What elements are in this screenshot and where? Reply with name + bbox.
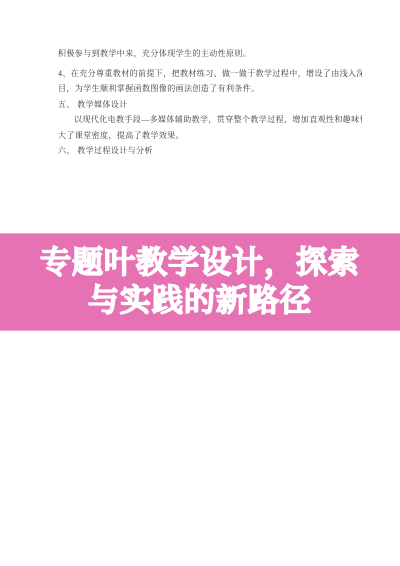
document-text-block: 积极参与到教学中来，充分体现学生的主动性原则。 4、在充分尊重教材的前提下，把教…	[58, 46, 362, 159]
title-banner: 专题叶教学设计，探索 与实践的新路径	[0, 233, 400, 331]
document-text-line: 以现代化电教手段—多媒体辅助教学，贯穿整个教学过程，增加直观性和趣味性，加	[58, 112, 362, 128]
page: 积极参与到教学中来，充分体现学生的主动性原则。 4、在充分尊重教材的前提下，把教…	[0, 0, 400, 566]
document-text-line: 五、 教学媒体设计	[58, 97, 362, 113]
document-text-line: 积极参与到教学中来，充分体现学生的主动性原则。	[58, 46, 362, 62]
document-text-line: 六、 教学过程设计与分析	[58, 143, 362, 159]
banner-title-line1: 专题叶教学设计，探索	[40, 244, 360, 282]
banner-title-line2: 与实践的新路径	[88, 282, 312, 320]
document-text-line: 4、在充分尊重教材的前提下，把教材练习、做一做于教学过程中，增设了由浅入深训练层	[58, 66, 362, 82]
document-text-line: 大了课堂密度，提高了教学效果。	[58, 128, 362, 144]
document-text-line: 目，为学生顺利掌握函数图像的画法创造了有利条件。	[58, 81, 362, 97]
